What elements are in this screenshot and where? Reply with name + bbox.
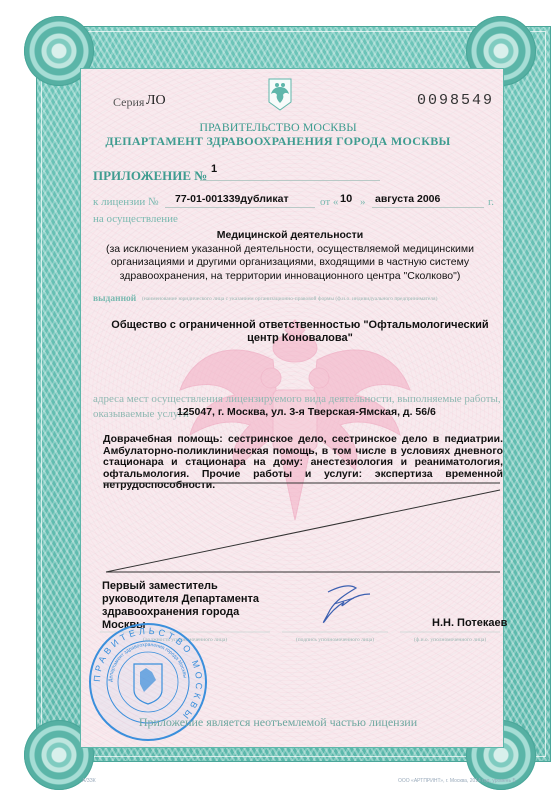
year-suffix: г.	[488, 196, 494, 208]
license-month-year: августа 2006	[375, 193, 440, 205]
footer-note: Приложение является неотъемлемой частью …	[0, 715, 556, 730]
issuer-department: ДЕПАРТАМЕНТ ЗДРАВООХРАНЕНИЯ ГОРОДА МОСКВ…	[0, 134, 556, 149]
appendix-label: ПРИЛОЖЕНИЕ №	[93, 168, 207, 184]
license-underline	[165, 207, 315, 208]
address-value: 125047, г. Москва, ул. 3-я Тверская-Ямск…	[177, 406, 436, 418]
caption-signature: (подпись уполномоченного лица)	[282, 637, 388, 643]
series-value: ЛО	[146, 93, 166, 109]
date-from-label: от «	[320, 196, 338, 208]
license-label: к лицензии №	[93, 196, 159, 208]
license-appendix-page: Серия ЛО 0098549 ПРАВИТЕЛЬСТВО МОСКВЫ ДЕ…	[0, 0, 556, 800]
russian-coat-of-arms-icon	[268, 78, 292, 111]
license-number: 77-01-001339дубликат	[175, 193, 289, 205]
form-number: 0098549	[417, 92, 494, 109]
date-quote-close: »	[360, 196, 366, 208]
issuer-government: ПРАВИТЕЛЬСТВО МОСКВЫ	[0, 120, 556, 135]
signer-name: Н.Н. Потекаев	[432, 617, 507, 629]
appendix-underline	[200, 180, 380, 181]
issued-to-label: выданной	[93, 294, 136, 304]
appendix-number: 1	[211, 163, 217, 175]
handwritten-signature-icon	[310, 582, 380, 627]
license-day: 10	[340, 193, 352, 205]
activity-description: (за исключением указанной деятельности, …	[90, 243, 490, 284]
caption-name: (ф.и.о. уполномоченного лица)	[400, 637, 500, 643]
activity-label: на осуществление	[93, 213, 178, 225]
activity-block: Медицинской деятельности (за исключением…	[90, 229, 490, 283]
printer-imprint: ООО «АРТПРИНТ», г. Москва, 2014 год, уро…	[398, 778, 516, 784]
date-underline	[372, 207, 484, 208]
issued-to-hint: (наименование юридического лица с указан…	[142, 296, 437, 302]
activity-title: Медицинской деятельности	[90, 229, 490, 243]
services-list: Доврачебная помощь: сестринское дело, се…	[103, 434, 503, 492]
organization-name: Общество с ограниченной ответственностью…	[110, 319, 490, 345]
print-code: А/ЗЗК	[82, 778, 96, 784]
series-label: Серия	[113, 95, 144, 110]
